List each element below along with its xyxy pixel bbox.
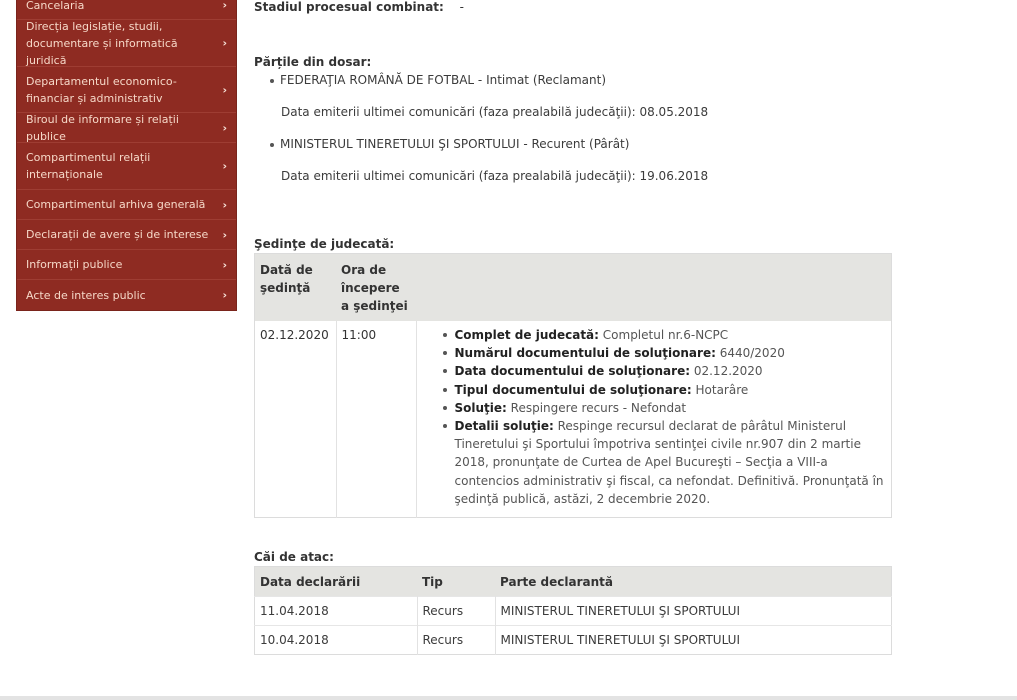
- cell-date: 10.04.2018: [255, 626, 418, 655]
- sidebar-item-label: Biroul de informare și relații publice: [26, 111, 212, 145]
- solution-details-list: Complet de judecată: Completul nr.6-NCPC…: [422, 326, 887, 512]
- cai-atac-table: Data declarării Tip Parte declarantă 11.…: [254, 566, 892, 655]
- chevron-right-icon: ›: [222, 35, 227, 52]
- sidebar-item-label: Departamentul economico-financiar și adm…: [26, 73, 212, 107]
- stadiu-label: Stadiul procesual combinat:: [254, 0, 444, 14]
- column-header-ora: Ora de începere a şedinţei: [336, 254, 416, 322]
- detail-item: Soluţie: Respingere recurs - Nefondat: [449, 399, 887, 417]
- sidebar-item-label: Direcția legislație, studii, documentare…: [26, 18, 212, 69]
- chevron-right-icon: ›: [222, 81, 227, 98]
- detail-value: 02.12.2020: [694, 364, 763, 378]
- sidebar-item-label: Declarații de avere și de interese: [26, 226, 208, 243]
- sidebar-item-label: Informații publice: [26, 256, 122, 273]
- table-header-row: Data declarării Tip Parte declarantă: [255, 567, 892, 597]
- detail-value: 6440/2020: [720, 346, 785, 360]
- chevron-right-icon: ›: [222, 287, 227, 304]
- cell-date: 02.12.2020: [255, 321, 337, 518]
- cell-type: Recurs: [417, 626, 495, 655]
- sidebar-item-declaratii-avere[interactable]: Declarații de avere și de interese ›: [17, 220, 236, 250]
- detail-item: Data documentului de soluţionare: 02.12.…: [449, 362, 887, 380]
- detail-key: Detalii soluţie:: [455, 419, 554, 433]
- sidebar-item-label: Cancelaria: [26, 0, 84, 14]
- sidebar-item-departamentul-economic[interactable]: Departamentul economico-financiar și adm…: [17, 67, 236, 113]
- party-item: MINISTERUL TINERETULUI ŞI SPORTULUI - Re…: [270, 137, 629, 151]
- cell-type: Recurs: [417, 597, 495, 626]
- chevron-right-icon: ›: [222, 119, 227, 136]
- cell-party: MINISTERUL TINERETULUI ŞI SPORTULUI: [495, 626, 892, 655]
- sidebar-item-acte-interes-public[interactable]: Acte de interes public ›: [17, 280, 236, 310]
- sidebar-menu: Cancelaria › Direcția legislație, studii…: [16, 0, 237, 311]
- sidebar-item-arhiva-generala[interactable]: Compartimentul arhiva generală ›: [17, 190, 236, 220]
- detail-item: Complet de judecată: Completul nr.6-NCPC: [449, 326, 887, 344]
- detail-item: Detalii soluţie: Respinge recursul decla…: [449, 417, 887, 508]
- cell-details: Complet de judecată: Completul nr.6-NCPC…: [416, 321, 892, 518]
- chevron-right-icon: ›: [222, 158, 227, 175]
- cell-date: 11.04.2018: [255, 597, 418, 626]
- table-row: 02.12.2020 11:00 Complet de judecată: Co…: [255, 321, 892, 518]
- sedinte-table: Dată de şedinţă Ora de începere a şedinţ…: [254, 253, 892, 518]
- party-item: FEDERAŢIA ROMÂNĂ DE FOTBAL - Intimat (Re…: [270, 73, 606, 87]
- chevron-right-icon: ›: [222, 226, 227, 243]
- detail-value: Hotarâre: [696, 383, 749, 397]
- chevron-right-icon: ›: [222, 196, 227, 213]
- chevron-right-icon: ›: [222, 0, 227, 14]
- party-name: FEDERAŢIA ROMÂNĂ DE FOTBAL - Intimat (Re…: [280, 73, 606, 87]
- detail-key: Numărul documentului de soluţionare:: [455, 346, 716, 360]
- detail-value: Completul nr.6-NCPC: [603, 328, 728, 342]
- detail-value: Respingere recurs - Nefondat: [511, 401, 686, 415]
- parti-title: Părțile din dosar:: [254, 55, 371, 69]
- detail-item: Numărul documentului de soluţionare: 644…: [449, 344, 887, 362]
- party-name: MINISTERUL TINERETULUI ŞI SPORTULUI - Re…: [280, 137, 629, 151]
- column-header-tip: Tip: [417, 567, 495, 597]
- cell-time: 11:00: [336, 321, 416, 518]
- detail-item: Tipul documentului de soluţionare: Hotar…: [449, 381, 887, 399]
- sedinte-title: Şedinţe de judecată:: [254, 237, 394, 251]
- column-header-data-declararii: Data declarării: [255, 567, 418, 597]
- bullet-icon: [270, 79, 274, 83]
- sidebar-item-informatii-publice[interactable]: Informații publice ›: [17, 250, 236, 280]
- detail-key: Tipul documentului de soluţionare:: [455, 383, 692, 397]
- table-header-row: Dată de şedinţă Ora de începere a şedinţ…: [255, 254, 892, 322]
- footer-divider: [0, 696, 1017, 700]
- cell-party: MINISTERUL TINERETULUI ŞI SPORTULUI: [495, 597, 892, 626]
- cai-atac-title: Căi de atac:: [254, 550, 334, 564]
- detail-key: Data documentului de soluţionare:: [455, 364, 691, 378]
- column-header-parte-declaranta: Parte declarantă: [495, 567, 892, 597]
- chevron-right-icon: ›: [222, 256, 227, 273]
- sidebar-item-label: Compartimentul arhiva generală: [26, 196, 205, 213]
- stadiu-procesual: Stadiul procesual combinat: -: [254, 0, 464, 14]
- bullet-icon: [270, 143, 274, 147]
- table-row: 10.04.2018 Recurs MINISTERUL TINERETULUI…: [255, 626, 892, 655]
- sidebar-item-label: Compartimentul relații internaționale: [26, 149, 212, 183]
- sidebar-item-biroul-informare[interactable]: Biroul de informare și relații publice ›: [17, 113, 236, 143]
- column-header-details: [416, 254, 892, 322]
- sidebar-item-label: Acte de interes public: [26, 287, 146, 304]
- sidebar-item-relatii-internationale[interactable]: Compartimentul relații internaționale ›: [17, 143, 236, 190]
- table-row: 11.04.2018 Recurs MINISTERUL TINERETULUI…: [255, 597, 892, 626]
- column-header-data: Dată de şedinţă: [255, 254, 337, 322]
- detail-key: Complet de judecată:: [455, 328, 599, 342]
- stadiu-value: -: [460, 0, 464, 14]
- party-communication: Data emiterii ultimei comunicări (faza p…: [281, 105, 708, 119]
- party-communication: Data emiterii ultimei comunicări (faza p…: [281, 169, 708, 183]
- sidebar-item-directia-legislatie[interactable]: Direcția legislație, studii, documentare…: [17, 20, 236, 67]
- detail-key: Soluţie:: [455, 401, 507, 415]
